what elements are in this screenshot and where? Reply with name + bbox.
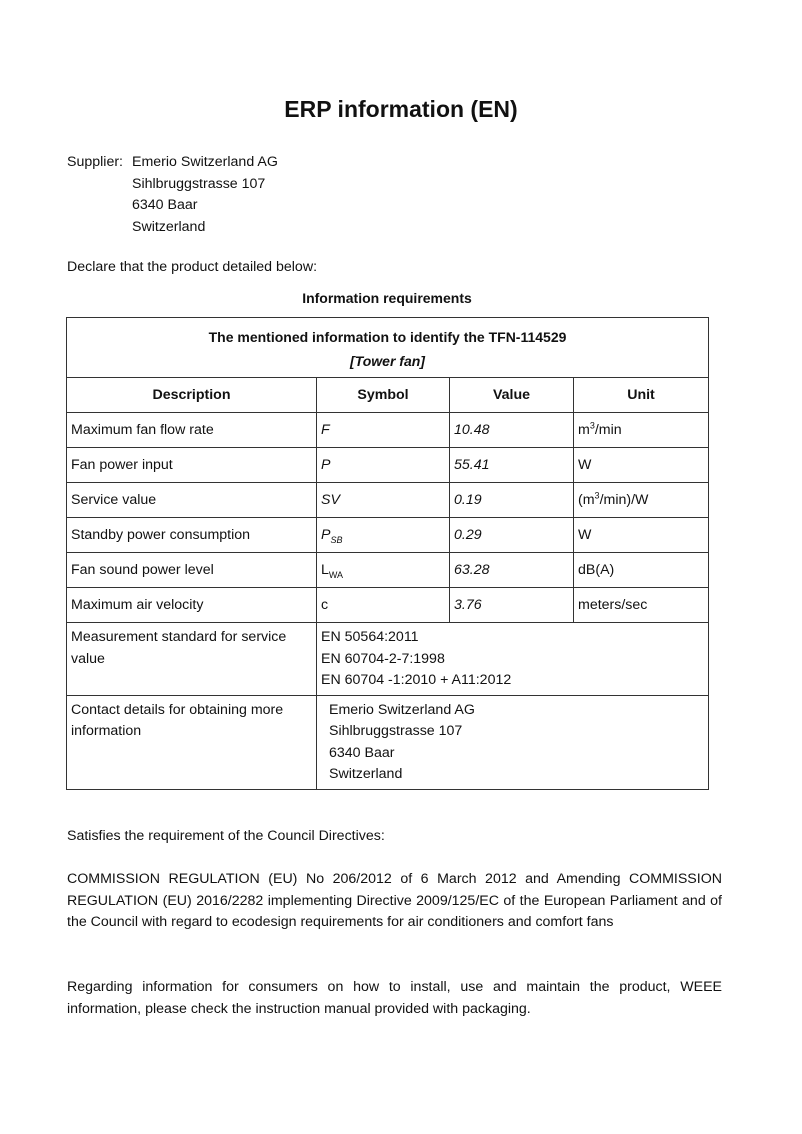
column-header-value: Value [450, 378, 574, 413]
contact-line: Emerio Switzerland AG [329, 700, 704, 722]
supplier-block: Supplier:Emerio Switzerland AG Sihlbrugg… [67, 152, 278, 238]
standard-item: EN 60704-2-7:1998 [321, 649, 704, 671]
product-identifier: The mentioned information to identify th… [71, 324, 704, 350]
consumer-info-text: Regarding information for consumers on h… [67, 977, 722, 1020]
row-unit: W [574, 518, 709, 553]
row-value: 10.48 [450, 413, 574, 448]
table-row: Fan power inputP55.41W [67, 448, 709, 483]
row-unit: dB(A) [574, 553, 709, 588]
requirements-title: Information requirements [67, 290, 707, 306]
row-description: Contact details for obtaining more infor… [67, 695, 317, 789]
standard-item: EN 60704 -1:2010 + A11:2012 [321, 670, 704, 692]
table-row: Maximum air velocityc3.76meters/sec [67, 588, 709, 623]
supplier-line: Emerio Switzerland AG [132, 152, 278, 174]
declare-text: Declare that the product detailed below: [67, 259, 317, 275]
regulation-text: COMMISSION REGULATION (EU) No 206/2012 o… [67, 869, 722, 934]
row-value: 55.41 [450, 448, 574, 483]
table-row-contact: Contact details for obtaining more infor… [67, 695, 709, 789]
table-row: Service valueSV0.19(m3/min)/W [67, 483, 709, 518]
row-symbol: P [317, 448, 450, 483]
table-header: The mentioned information to identify th… [67, 318, 709, 378]
table-row: Maximum fan flow rateF10.48m3/min [67, 413, 709, 448]
page-title: ERP information (EN) [0, 96, 802, 123]
row-description: Fan sound power level [67, 553, 317, 588]
row-unit: meters/sec [574, 588, 709, 623]
row-value: 0.19 [450, 483, 574, 518]
table-row: Fan sound power levelLWA63.28dB(A) [67, 553, 709, 588]
row-value: 63.28 [450, 553, 574, 588]
row-description: Maximum air velocity [67, 588, 317, 623]
contact-line: 6340 Baar [329, 743, 704, 765]
row-value: 0.29 [450, 518, 574, 553]
row-symbol: c [317, 588, 450, 623]
column-header-unit: Unit [574, 378, 709, 413]
column-header-symbol: Symbol [317, 378, 450, 413]
row-value: 3.76 [450, 588, 574, 623]
standard-item: EN 50564:2011 [321, 627, 704, 649]
contact-details: Emerio Switzerland AG Sihlbruggstrasse 1… [317, 695, 709, 789]
erp-info-table: The mentioned information to identify th… [66, 317, 709, 790]
row-description: Maximum fan flow rate [67, 413, 317, 448]
supplier-line: Switzerland [132, 217, 205, 239]
satisfies-text: Satisfies the requirement of the Council… [67, 826, 722, 848]
contact-line: Switzerland [329, 764, 704, 786]
supplier-label: Supplier: [67, 152, 132, 174]
supplier-line: 6340 Baar [132, 195, 197, 217]
column-header-description: Description [67, 378, 317, 413]
product-type: [Tower fan] [71, 350, 704, 372]
measurement-standards: EN 50564:2011 EN 60704-2-7:1998 EN 60704… [317, 623, 709, 696]
row-description: Service value [67, 483, 317, 518]
contact-line: Sihlbruggstrasse 107 [329, 721, 704, 743]
row-description: Standby power consumption [67, 518, 317, 553]
row-description: Fan power input [67, 448, 317, 483]
row-symbol: F [317, 413, 450, 448]
row-description: Measurement standard for service value [67, 623, 317, 696]
row-unit: (m3/min)/W [574, 483, 709, 518]
row-unit: W [574, 448, 709, 483]
row-symbol: LWA [317, 553, 450, 588]
row-unit: m3/min [574, 413, 709, 448]
table-row-measurement-standard: Measurement standard for service value E… [67, 623, 709, 696]
table-row: Standby power consumptionPSB0.29W [67, 518, 709, 553]
row-symbol: PSB [317, 518, 450, 553]
supplier-line: Sihlbruggstrasse 107 [132, 174, 265, 196]
row-symbol: SV [317, 483, 450, 518]
